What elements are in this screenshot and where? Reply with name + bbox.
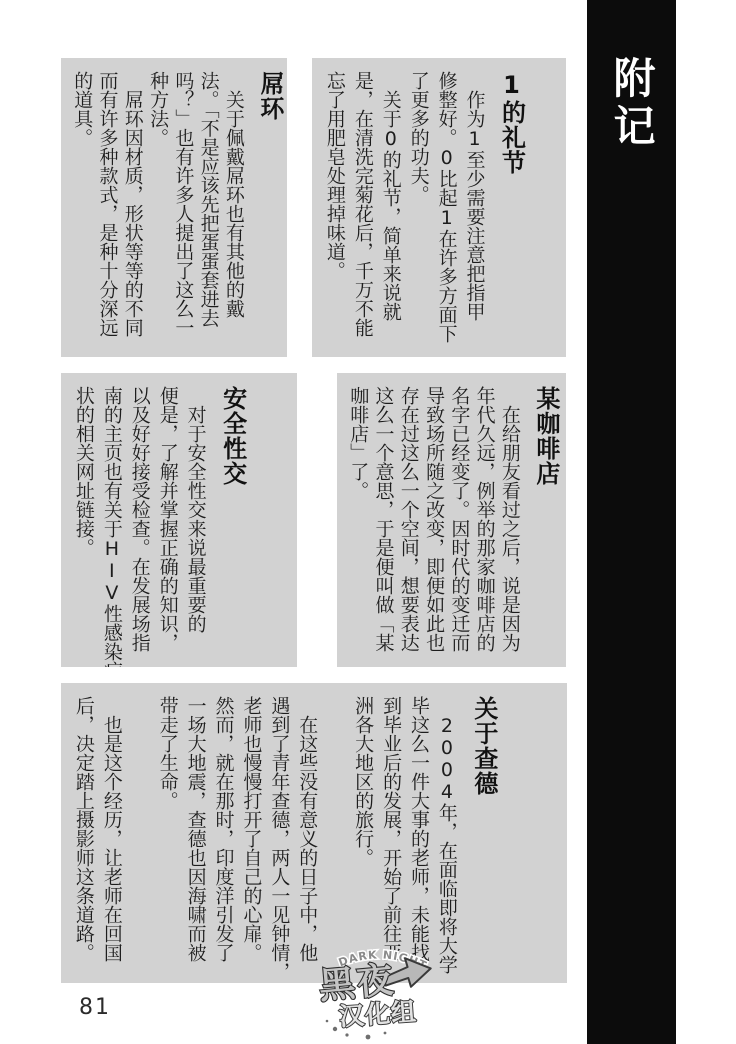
scanned-afterword-page: 附记 1的礼节 作为1至少需要注意把指甲 修整好。0比起1在许多方面下 了更多的…: [0, 0, 736, 1044]
note-box-content: 屌环 关于佩戴屌环也有其他的戴 法。「不是应该先把蛋蛋套进去 吗？」也有许多人提…: [69, 71, 287, 344]
note-box-content: 某咖啡店 在给朋友看过之后，说是因为 年代久远，例举的那家咖啡店的 名字已经变了…: [345, 386, 564, 654]
note-body: 2004年，在面临即将大学 毕这么一件大事的老师，未能找 到毕业后的发展，开始了…: [69, 696, 460, 970]
note-box-content: 关于查德 2004年，在面临即将大学 毕这么一件大事的老师，未能找 到毕业后的发…: [69, 696, 502, 970]
watermark-sub-text: 汉化组: [338, 997, 418, 1031]
chapter-tab-label: 附记: [611, 56, 653, 152]
note-box-safe-sex: 安全性交 对于安全性交来说最重要的 便是，了解并掌握正确的知识， 以及好好接受检…: [61, 373, 297, 667]
note-box-content: 安全性交 对于安全性交来说最重要的 便是，了解并掌握正确的知识， 以及好好接受检…: [69, 386, 251, 654]
note-body: 关于佩戴屌环也有其他的戴 法。「不是应该先把蛋蛋套进去 吗？」也有许多人提出了这…: [69, 71, 246, 344]
note-body: 在给朋友看过之后，说是因为 年代久远，例举的那家咖啡店的 名字已经变了。因时代的…: [345, 386, 522, 654]
note-box-ring: 屌环 关于佩戴屌环也有其他的戴 法。「不是应该先把蛋蛋套进去 吗？」也有许多人提…: [61, 58, 287, 357]
note-title: 某咖啡店: [528, 386, 564, 654]
note-body: 作为1至少需要注意把指甲 修整好。0比起1在许多方面下 了更多的功夫。 关于0的…: [320, 71, 488, 344]
note-box-content: 1的礼节 作为1至少需要注意把指甲 修整好。0比起1在许多方面下 了更多的功夫。…: [320, 71, 530, 344]
chapter-tab: 附记: [587, 0, 676, 1044]
note-title: 关于查德: [466, 696, 502, 970]
note-box-certain-cafe: 某咖啡店 在给朋友看过之后，说是因为 年代久远，例举的那家咖啡店的 名字已经变了…: [337, 373, 566, 667]
note-box-etiquette-of-1: 1的礼节 作为1至少需要注意把指甲 修整好。0比起1在许多方面下 了更多的功夫。…: [312, 58, 566, 357]
note-title: 屌环: [252, 71, 287, 344]
note-body: 对于安全性交来说最重要的 便是，了解并掌握正确的知识， 以及好好接受检查。在发展…: [69, 386, 209, 654]
page-number: 81: [79, 995, 111, 1020]
note-box-about-chad: 关于查德 2004年，在面临即将大学 毕这么一件大事的老师，未能找 到毕业后的发…: [61, 683, 567, 983]
note-title: 安全性交: [215, 386, 251, 654]
note-title: 1的礼节: [494, 71, 530, 344]
translation-group-watermark: DARK NIGHT 黑夜 汉化组: [313, 943, 443, 1041]
